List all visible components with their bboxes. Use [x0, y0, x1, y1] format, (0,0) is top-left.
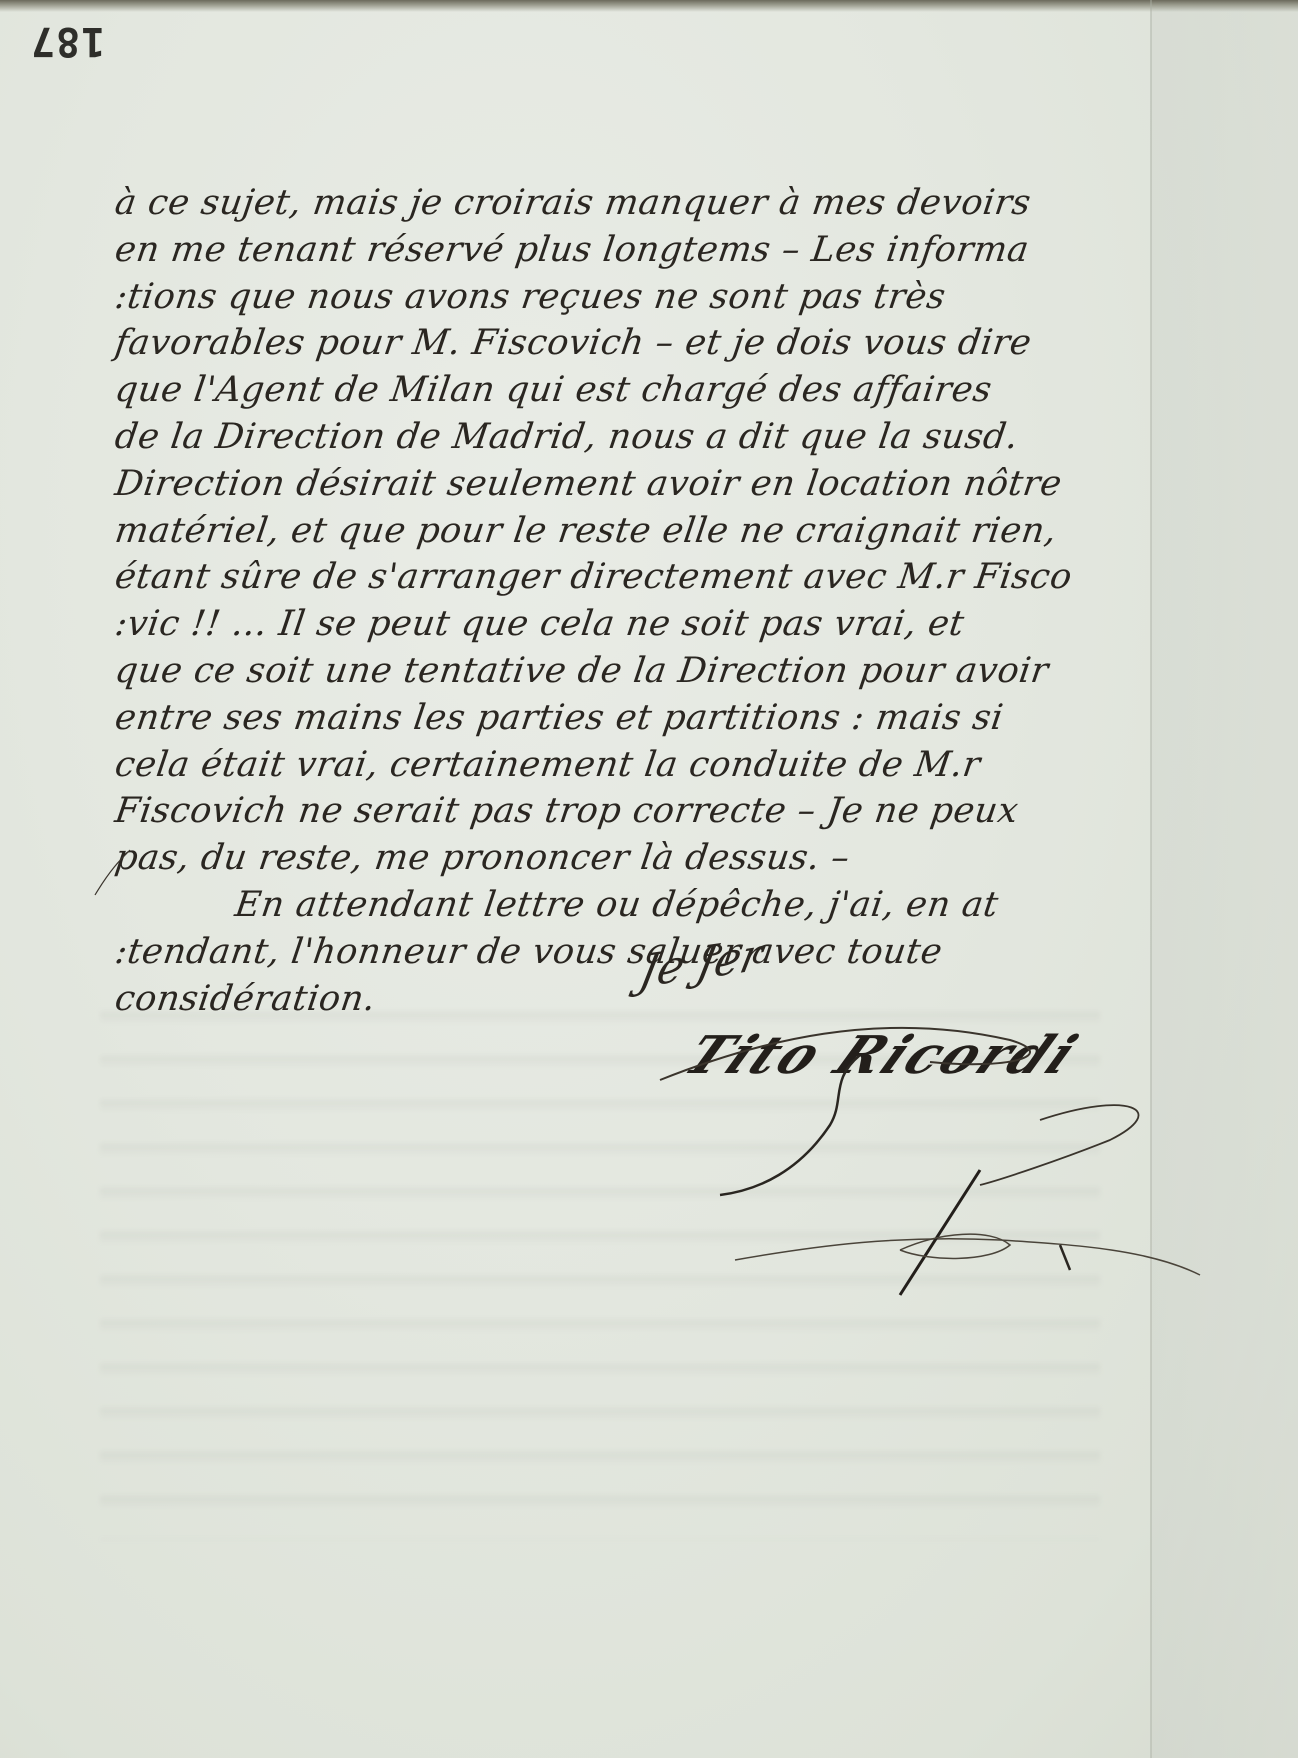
- page-top-edge: [0, 0, 1298, 12]
- letter-line: étant sûre de s'arranger directement ave…: [112, 554, 1139, 601]
- letter-line: à ce sujet, mais je croirais manquer à m…: [112, 180, 1139, 227]
- letter-line: que l'Agent de Milan qui est chargé des …: [112, 367, 1139, 414]
- letter-body: à ce sujet, mais je croirais manquer à m…: [112, 180, 1132, 1022]
- closing-line: :tendant, l'honneur de vous saluer avec …: [112, 929, 1139, 976]
- letter-line: pas, du reste, me prononcer là dessus. –: [112, 835, 1139, 882]
- letter-line: de la Direction de Madrid, nous a dit qu…: [112, 414, 1139, 461]
- letter-line: Fiscovich ne serait pas trop correcte – …: [112, 788, 1139, 835]
- letter-line: favorables pour M. Fiscovich – et je doi…: [112, 320, 1139, 367]
- letter-line: :tions que nous avons reçues ne sont pas…: [112, 274, 1139, 321]
- closing-line: considération.: [112, 976, 1139, 1023]
- closing-line: En attendant lettre ou dépêche, j'ai, en…: [112, 882, 1139, 929]
- letter-line: matériel, et que pour le reste elle ne c…: [112, 508, 1139, 555]
- letter-line: cela était vrai, certainement la conduit…: [112, 742, 1139, 789]
- letter-line: :vic !! … Il se peut que cela ne soit pa…: [112, 601, 1139, 648]
- letter-line: Direction désirait seulement avoir en lo…: [112, 461, 1139, 508]
- letter-line: que ce soit une tentative de la Directio…: [112, 648, 1139, 695]
- paper-fold-line: [1150, 0, 1152, 1758]
- folio-number-stamp: 187: [30, 18, 105, 64]
- signature-name: Tito Ricordi: [674, 1025, 1091, 1086]
- letter-line: entre ses mains les parties et partition…: [112, 695, 1139, 742]
- letter-page: 187 à ce sujet, mais je croirais manquer…: [0, 0, 1298, 1758]
- letter-line: en me tenant réservé plus longtems – Les…: [112, 227, 1139, 274]
